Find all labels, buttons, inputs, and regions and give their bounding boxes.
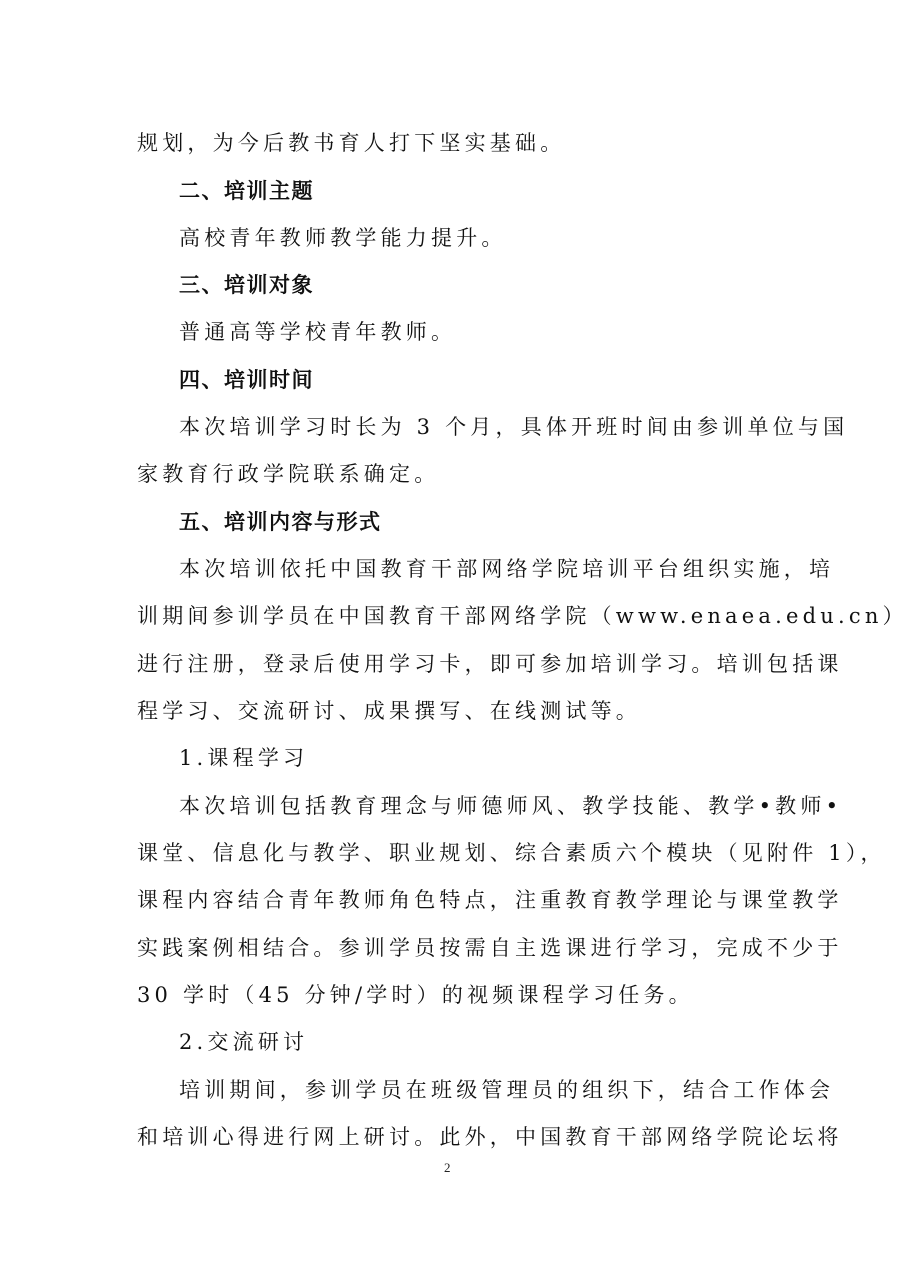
body-line: 本次培训学习时长为 3 个月，具体开班时间由参训单位与国 [179,412,848,442]
body-line: 普通高等学校青年教师。 [179,317,456,347]
section-heading-content-and-form: 五、培训内容与形式 [179,507,382,537]
body-line: 本次培训依托中国教育干部网络学院培训平台组织实施，培 [179,554,834,584]
body-line: 进行注册，登录后使用学习卡，即可参加培训学习。培训包括课 [137,649,843,679]
section-heading-training-target: 三、培训对象 [179,270,314,300]
body-line-with-url: 训期间参训学员在中国教育干部网络学院（www.enaea.edu.cn） [137,601,900,631]
body-line: 和培训心得进行网上研讨。此外，中国教育干部网络学院论坛将 [137,1122,843,1152]
body-line: 高校青年教师教学能力提升。 [179,223,507,253]
section-heading-training-theme: 二、培训主题 [179,176,314,206]
subsection-heading-discussion: 2.交流研讨 [179,1027,308,1057]
section-heading-training-time: 四、培训时间 [179,365,314,395]
body-line: 30 学时（45 分钟/学时）的视频课程学习任务。 [137,980,694,1010]
body-line: 家教育行政学院联系确定。 [137,459,439,489]
body-line: 培训期间，参训学员在班级管理员的组织下，结合工作体会 [179,1075,834,1105]
subsection-heading-course-study: 1.课程学习 [179,743,308,773]
page-number: 2 [444,1160,451,1176]
body-line: 实践案例相结合。参训学员按需自主选课进行学习，完成不少于 [137,933,843,963]
body-line: 课堂、信息化与教学、职业规划、综合素质六个模块（见附件 1）， [137,838,886,868]
body-line: 课程内容结合青年教师角色特点，注重教育教学理论与课堂教学 [137,885,843,915]
body-line: 本次培训包括教育理念与师德师风、教学技能、教学•教师• [179,791,842,821]
body-line: 规划，为今后教书育人打下坚实基础。 [137,128,565,158]
body-line: 程学习、交流研讨、成果撰写、在线测试等。 [137,696,641,726]
